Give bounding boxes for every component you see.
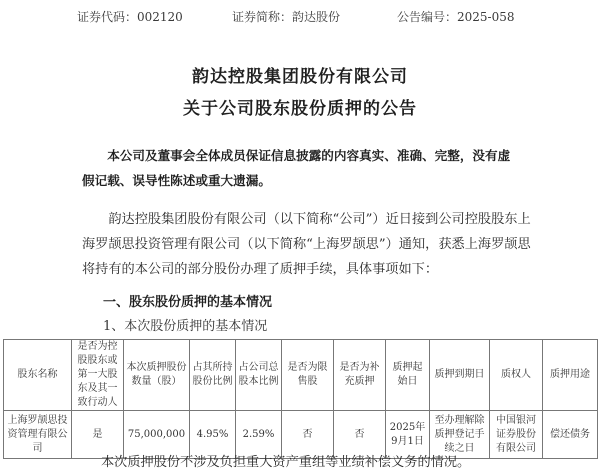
- header-end-date: 质押到期日: [430, 340, 490, 411]
- footer-note: 本次质押股份不涉及负担重大资产重组等业绩补偿义务的情况。: [101, 451, 470, 470]
- statement-line-2: 假记载、误导性陈述或重大遗漏。: [82, 168, 532, 193]
- document-title-company: 韵达控股集团股份有限公司: [0, 62, 600, 87]
- intro-line-1: 韵达控股集团股份有限公司（以下简称“公司”）近日接到公司控股股东上: [82, 207, 532, 232]
- stock-code: 证券代码：002120: [77, 8, 183, 25]
- pledge-details-table: 股东名称 是否为控股股东或第一大股东及其一致行动人 本次质押股份数量（股） 占其…: [3, 339, 598, 459]
- header-pct-holdings: 占其所持股份比例: [190, 340, 236, 411]
- header-is-controlling: 是否为控股股东或第一大股东及其一致行动人: [72, 340, 124, 411]
- section-subheading: 1、本次股份质押的基本情况: [103, 315, 267, 334]
- stock-abbreviation: 证券简称：韵达股份: [232, 8, 340, 25]
- intro-line-2: 海罗颉思投资管理有限公司（以下简称“上海罗颉思”）通知，获悉上海罗颉思: [82, 232, 532, 257]
- announcement-number: 公告编号：2025-058: [397, 8, 515, 25]
- document-title-subject: 关于公司股东股份质押的公告: [0, 94, 600, 119]
- document-header: 证券代码：002120 证券简称：韵达股份 公告编号：2025-058: [0, 8, 600, 24]
- cell-pledgee: 中国银河证券股份有限公司: [490, 411, 543, 459]
- header-pct-total: 占公司总股本比例: [236, 340, 282, 411]
- header-purpose: 质押用途: [543, 340, 598, 411]
- cell-purpose: 偿还债务: [543, 411, 598, 459]
- header-shareholder: 股东名称: [4, 340, 72, 411]
- header-is-restricted: 是否为限售股: [282, 340, 334, 411]
- header-start-date: 质押起始日: [386, 340, 430, 411]
- header-pledged-shares: 本次质押股份数量（股）: [124, 340, 190, 411]
- table-header-row: 股东名称 是否为控股股东或第一大股东及其一致行动人 本次质押股份数量（股） 占其…: [4, 340, 598, 411]
- cell-shareholder: 上海罗颉思投资管理有限公司: [4, 411, 72, 459]
- intro-line-3: 将持有的本公司的部分股份办理了质押手续，具体事项如下：: [82, 257, 532, 282]
- header-is-supplementary: 是否为补充质押: [334, 340, 386, 411]
- statement-line-1: 本公司及董事会全体成员保证信息披露的内容真实、准确、完整，没有虚: [82, 143, 532, 168]
- header-pledgee: 质权人: [490, 340, 543, 411]
- section-heading: 一、股东股份质押的基本情况: [103, 291, 272, 310]
